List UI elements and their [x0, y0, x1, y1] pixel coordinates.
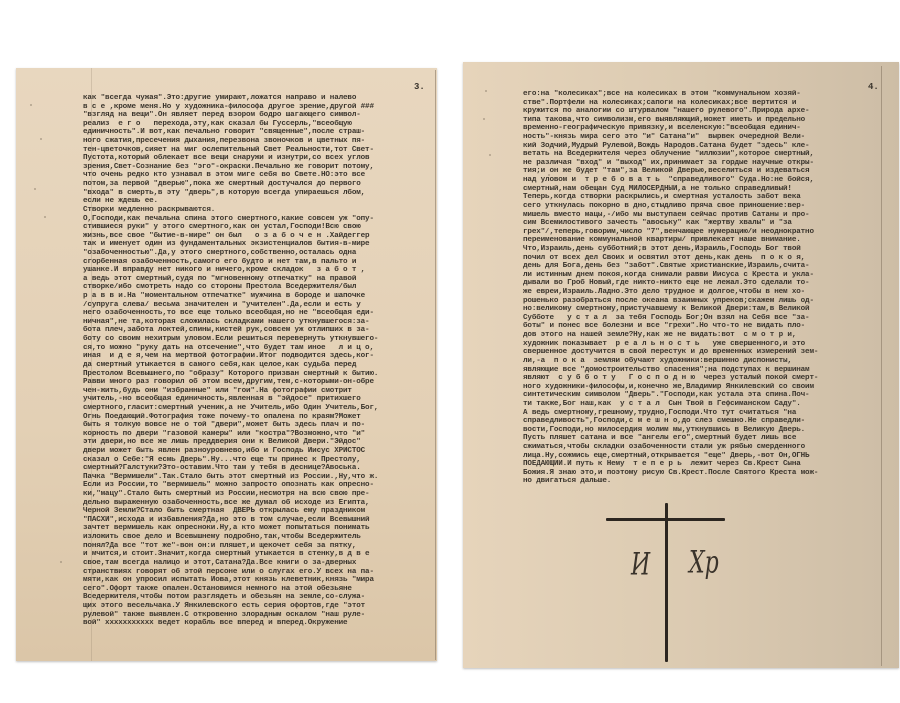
text-line: Субботе у с т а л за тебя Господь Бог;Он… [523, 314, 881, 323]
text-line: над уловом и т р е б о в а т ь "справедл… [523, 176, 881, 185]
text-line: ничная",не та,которая сложилась складкам… [83, 318, 435, 327]
text-line: свершенное достучится в свой перестук и … [523, 348, 881, 357]
paper-speck [485, 90, 487, 92]
page-number: 3. [414, 82, 425, 92]
text-line: потом,за первой "дверью",пока же смертны… [83, 180, 435, 189]
text-line: тен-цветочков,сияет на миг ослепительный… [83, 146, 435, 155]
text-line: но:великому смертному,пристучавшему к Ве… [523, 305, 881, 314]
text-line: изложить свое дело и Всевышнему подробно… [83, 533, 435, 542]
text-line: р а в в и.На "моментальном отпечатке" му… [83, 292, 435, 301]
text-line: Престолом Всевышнего,по "образу" Которог… [83, 370, 435, 379]
text-line: иная и д е я,чем на мертвой фотографии.И… [83, 352, 435, 361]
text-line: Что,Израиль,день субботний;в этот день,И… [523, 245, 881, 254]
text-line: дельно выраженную озабоченность,все же д… [83, 499, 435, 508]
text-line: /супруга слева/ весьма значителен и "учи… [83, 301, 435, 310]
text-line: рулевой" также выявлен.С откровенно злор… [83, 611, 435, 620]
text-line: Пачка "Вермишели".Так.Стало быть этот см… [83, 473, 435, 482]
paper-speck [60, 561, 62, 563]
text-line: зачтет вермишель как опресноки.Ну,а кто … [83, 524, 435, 533]
text-line: как "всегда чужая".Это:другие умирают,ло… [83, 94, 435, 103]
text-line: смертного,гласит:смертный ученик,а не Уч… [83, 404, 435, 413]
paper-speck [489, 154, 491, 156]
text-line: тия;и он же будет "там",за Великой Дверь… [523, 167, 881, 176]
text-line: ушанке.И вправду нет никого и ничего,кро… [83, 266, 435, 275]
text-line: ли истинным днем покоя,когда снимали рав… [523, 271, 881, 280]
text-line: переименование коммунальной квартиры/ пр… [523, 236, 881, 245]
text-line: боты" и понес все болезни и все "грехи".… [523, 322, 881, 331]
text-line: зрения,Свет-Сознание без "эго"-окраски.П… [83, 163, 435, 172]
text-line: Вседержителя,чтобы потом разглядеть и об… [83, 593, 435, 602]
text-line: кружится по аналогии со штурвалом "нашег… [523, 107, 881, 116]
text-line: Черной Земли?Стало быть смертная ДВЕРЬ о… [83, 507, 435, 516]
text-line: единичность".И вот,как печально говорит … [83, 128, 435, 137]
text-line: почил от всех дел Своих и освятил этот д… [523, 254, 881, 263]
text-line: так и именует один из фундаментальных эк… [83, 240, 435, 249]
text-line: сим Всемилостивого зачесть "авоську" как… [523, 219, 881, 228]
text-line: рошенько разобраться после океана взаимн… [523, 297, 881, 306]
text-line: А ведь смертному,грешному,трудно,Господи… [523, 409, 881, 418]
text-line: Божия.Я знаю это,и поэтому рисую Св.Крес… [523, 469, 881, 478]
text-line: являют с у б б о т у Г о с п о д н ю чер… [523, 374, 881, 383]
text-line: если не ждешь ее. [83, 197, 435, 206]
text-line: ти также,Бог наш,как у с т а л Сын Твой … [523, 400, 881, 409]
text-line: мяти,как он упросил испытать Иова,этот к… [83, 576, 435, 585]
text-line: стившиеся руки" у этого смертного,как он… [83, 223, 435, 232]
text-line: Если из России,то "вермишель" можно запр… [83, 481, 435, 490]
paper-speck [40, 138, 42, 140]
text-line: сего".Офорт также опален.Остановимся нем… [83, 585, 435, 594]
text-line: створке/ибо смотреть надо со стороны Пре… [83, 283, 435, 292]
text-line: день для Бога,день без "забот".Святые хр… [523, 262, 881, 271]
text-line: "входа" в смерть,в эту "дверь",в которую… [83, 189, 435, 198]
page-edge-line [881, 66, 882, 666]
typed-text-body: его:на "колесиках";все на колесиках в эт… [523, 90, 881, 486]
text-line: да смертный утыкается в самого себя,как … [83, 361, 435, 370]
cross-vertical-beam [665, 503, 668, 662]
text-line: сжиматься,чтобы складки озабоченности ст… [523, 443, 881, 452]
text-line: ного художники-философы,и,конечно же,Вла… [523, 383, 881, 392]
cross-horizontal-beam [606, 518, 725, 521]
text-line: реализ е г о перехода,эту,как сказал бы … [83, 120, 435, 129]
text-line: понял?Да все "тот же"-вон он:и пляшет,и … [83, 542, 435, 551]
text-line: дов этого на нашей земле?Ну,как же не ви… [523, 331, 881, 340]
text-line: художник показывает р е а л ь н о с т ь … [523, 340, 881, 349]
text-line: не различая "вход" и "выход" их,принимае… [523, 159, 881, 168]
text-line: свое,там всегда налицо и этот,Сатана?Да.… [83, 559, 435, 568]
text-line: чен-жить,будь они "избранные" или "гои".… [83, 387, 435, 396]
text-line: синтетическим символом "Дверь"."Господи,… [523, 391, 881, 400]
text-line: справедливость",Господи,с м е ш н о,до с… [523, 417, 881, 426]
text-line: боту со своим нехитрым уловом.Если решит… [83, 335, 435, 344]
text-line: ки,"мацу".Стало быть смертный из России,… [83, 490, 435, 499]
text-line: Пусть пляшет сатана и все "ангелы его",с… [523, 434, 881, 443]
text-line: его:на "колесиках";все на колесиках в эт… [523, 90, 881, 99]
text-line: кий Зодчий,Мудрый Рулевой,Вождь Народов.… [523, 142, 881, 151]
paper-speck [34, 188, 36, 190]
text-line: грех"/,теперь,говорим,число "7",венчающе… [523, 228, 881, 237]
text-line: а ведь этот смертный,судя по "мгновенном… [83, 275, 435, 284]
typed-text-body: как "всегда чужая".Это:другие умирают,ло… [83, 94, 435, 628]
text-line: сгорбенная озабоченность,самого его будт… [83, 258, 435, 267]
text-line: Створки медленно раскрываются. [83, 206, 435, 215]
text-line: типа такова,что символизм,его выявляющий… [523, 116, 881, 125]
text-line: вой" xxxxxxxxxxx ведет корабль все впере… [83, 619, 435, 628]
text-line: ся,то можно "руку дать на отсечение",что… [83, 344, 435, 353]
text-line: вости,Господи,но милосердия молим мы,утк… [523, 426, 881, 435]
page-edge-line [435, 70, 436, 660]
paper-speck [30, 104, 32, 106]
cross-label-left: И [631, 548, 650, 583]
text-line: дывали во Гроб Новый,где никто-никто еще… [523, 279, 881, 288]
text-line: мишель вместо мацы,-/ибо мы выступаем се… [523, 211, 881, 220]
typed-page-left: 3. как "всегда чужая".Это:другие умирают… [16, 68, 437, 661]
text-line: но двигаться дальше. [523, 477, 881, 486]
text-line: Пустота,который облекает все вещи снаруж… [83, 154, 435, 163]
cross-label-right: Хр [689, 546, 719, 581]
text-line: являющие все "домостроительство спасения… [523, 366, 881, 375]
text-line: корность по двери "газовой камеры" или "… [83, 430, 435, 439]
text-line: двери может быть явлен разноуровнево,ибо… [83, 447, 435, 456]
text-line: и мчится,и стоит.Значит,когда смертный у… [83, 550, 435, 559]
text-line: учитель,-но всеобщая единичность,явленна… [83, 395, 435, 404]
text-line: ПОЕДАЮЩИЙ.И путь к Нему т е п е р ь лежи… [523, 460, 881, 469]
text-line: эти двери,но все же лишь преддверия они … [83, 438, 435, 447]
text-line: ветать на Вседержителя через облучение "… [523, 150, 881, 159]
text-line: щих этого весельчака.У Янкилевского есть… [83, 602, 435, 611]
text-line: быть я толкую вовсе не о той "двери",мож… [83, 421, 435, 430]
text-line: что очень редко кто узнавал в этом миге … [83, 171, 435, 180]
typed-page-right: 4. его:на "колесиках";все на колесиках в… [463, 62, 899, 668]
text-line: Теперь,когда створки раскрылись,и смертн… [523, 193, 881, 202]
text-line: же евреи,Израиль.Ладно.Это дело трудное … [523, 288, 881, 297]
text-line: "озабоченностью".Да,у этого смертного,со… [83, 249, 435, 258]
text-line: стве".Портфели на колесиках;сапоги на ко… [523, 99, 881, 108]
text-line: него озабоченность,то все еще только все… [83, 309, 435, 318]
text-line: лица.Ну,сожмись еще,смертный,открывается… [523, 452, 881, 461]
text-line: в с е ,кроме меня.Но у художника-философ… [83, 103, 435, 112]
text-line: "взгляд на вещи".Он являет перед взором … [83, 111, 435, 120]
text-line: ность"-князь мира сего это "и" Сатана"и"… [523, 133, 881, 142]
text-line: жизнь,все свое "бытие-в-мире" он был о з… [83, 232, 435, 241]
paper-speck [44, 216, 46, 218]
text-line: Равви много раз говорил об этом всем,дру… [83, 378, 435, 387]
text-line: О,Господи,как печальна спина этого смерт… [83, 215, 435, 224]
text-line: ли,-а п о к а земляи обучают художники:в… [523, 357, 881, 366]
text-line: сего уткнулась покорно в дно,стыдливо пр… [523, 202, 881, 211]
text-line: Огнь Поедающий.Фотография тоже почему-то… [83, 413, 435, 422]
text-line: ного сжатия,пресечения дыхания,перезвона… [83, 137, 435, 146]
text-line: смертный,нам обещан Суд МИЛОСЕРДНЫЙ,а не… [523, 185, 881, 194]
text-line: сказал о Себе:"Я есмь Дверь".Ну...что ещ… [83, 456, 435, 465]
paper-speck [483, 118, 485, 120]
text-line: временно-географическую привязку,и вселе… [523, 124, 881, 133]
text-line: бота плеч,забота локтей,спины,кистей рук… [83, 326, 435, 335]
text-line: "ПАСХИ",исхода и избавления?Да,но это в … [83, 516, 435, 525]
text-line: странствиях говорят об этой персоне или … [83, 568, 435, 577]
text-line: смертный?Галстуки?Это-оставим.Что там у … [83, 464, 435, 473]
